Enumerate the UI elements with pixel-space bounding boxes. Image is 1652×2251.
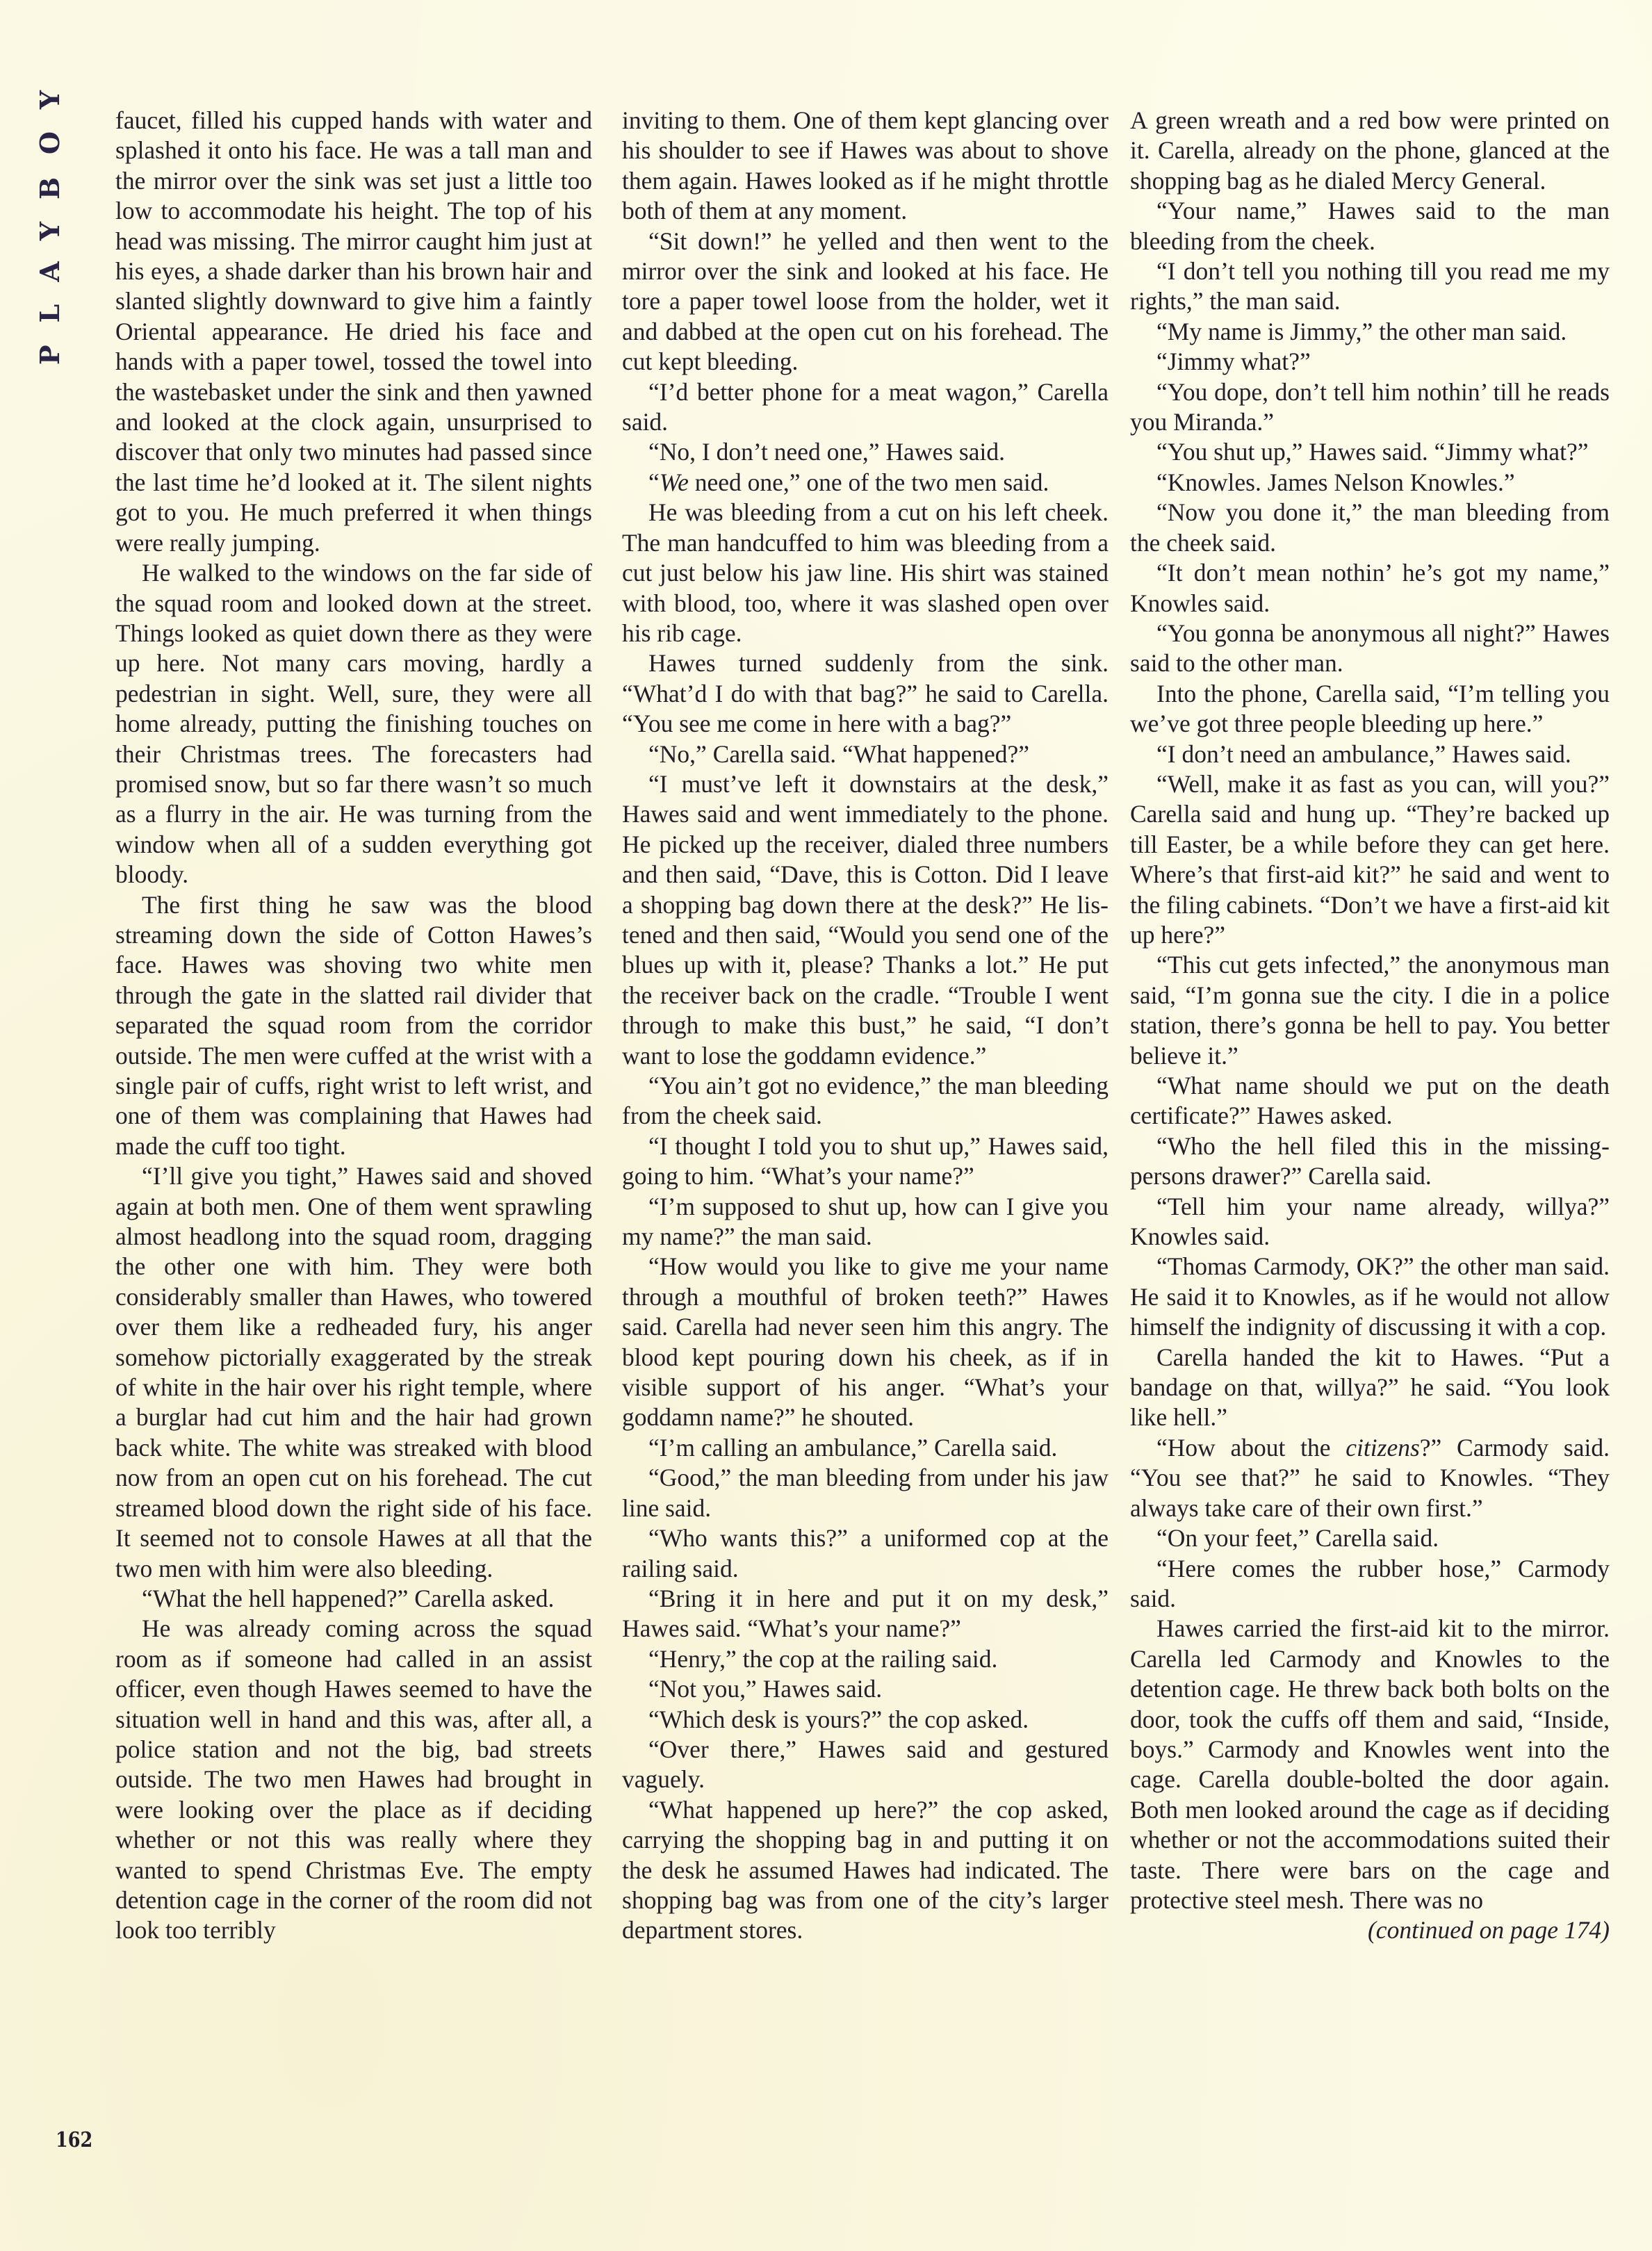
paragraph: “You shut up,” Hawes said. “Jimmy what?” [1130,437,1610,467]
paragraph: “I’m calling an ambulance,” Carella said… [622,1433,1109,1463]
paragraph: “Thomas Carmody, OK?” the other man said… [1130,1252,1610,1342]
paragraph: “My name is Jimmy,” the other man said. [1130,317,1610,347]
paragraph: “Tell him your name already, willya?” Kn… [1130,1192,1610,1252]
paragraph: “Bring it in here and put it on my desk,… [622,1584,1109,1644]
paragraph: Into the phone, Carella said, “I’m tell­… [1130,679,1610,739]
paragraph: “This cut gets infected,” the anonymous … [1130,950,1610,1071]
text-column-1: faucet, filled his cupped hands with wat… [115,106,592,1946]
paragraph: “No,” Carella said. “What happened?” [622,739,1109,769]
paragraph: “Good,” the man bleeding from under his … [622,1463,1109,1523]
paragraph: “Well, make it as fast as you can, will … [1130,769,1610,950]
italic-emphasis: We [660,468,689,496]
text-column-2: inviting to them. One of them kept glanc… [622,106,1109,1946]
paragraph: “Now you done it,” the man bleeding from… [1130,498,1610,558]
paragraph: “Knowles. James Nelson Knowles.” [1130,468,1610,498]
paragraph: Hawes turned suddenly from the sink. “Wh… [622,648,1109,739]
paragraph: “You gonna be anonymous all night?” Hawe… [1130,619,1610,679]
paragraph: “Sit down!” he yelled and then went to t… [622,227,1109,377]
paragraph: “I don’t need an ambulance,” Hawes said. [1130,739,1610,769]
paragraph: Carella handed the kit to Hawes. “Put a … [1130,1343,1610,1433]
paragraph: “Your name,” Hawes said to the man bleed… [1130,196,1610,256]
paragraph: “No, I don’t need one,” Hawes said. [622,437,1109,467]
paragraph: “Jimmy what?” [1130,347,1610,377]
paragraph: “Not you,” Hawes said. [622,1674,1109,1704]
paragraph: “I thought I told you to shut up,” Hawes… [622,1131,1109,1192]
page-number: 162 [56,2128,92,2152]
paragraph: “You ain’t got no evidence,” the man ble… [622,1071,1109,1131]
paragraph: “On your feet,” Carella said. [1130,1523,1610,1553]
paragraph: A green wreath and a red bow were printe… [1130,106,1610,196]
paragraph: “We need one,” one of the two men said. [622,468,1109,498]
text-column-3: A green wreath and a red bow were printe… [1130,106,1610,1946]
paragraph: “Which desk is yours?” the cop asked. [622,1705,1109,1735]
paragraph: “What the hell happened?” Carella asked. [115,1584,592,1614]
paragraph: “I must’ve left it downstairs at the des… [622,769,1109,1071]
paragraph: faucet, filled his cupped hands with wat… [115,106,592,558]
paragraph: “Who the hell filed this in the missing-… [1130,1131,1610,1192]
paragraph: “What happened up here?” the cop asked, … [622,1795,1109,1946]
paragraph: “Who wants this?” a uniformed cop at the… [622,1523,1109,1584]
paragraph: The first thing he saw was the blood str… [115,890,592,1162]
paragraph: “You dope, don’t tell him nothin’ till h… [1130,377,1610,438]
masthead-sidebar: PLAYBOY [28,115,69,365]
italic-emphasis: citizens [1346,1434,1419,1462]
masthead-text: PLAYBOY [36,68,64,365]
paragraph: He walked to the windows on the far side… [115,558,592,890]
magazine-page: PLAYBOY faucet, filled his cupped hands … [0,0,1652,2251]
paragraph: He was already coming across the squad r… [115,1614,592,1945]
paragraph: “How about the citizens?” Carmody said. … [1130,1433,1610,1523]
paragraph: “Over there,” Hawes said and gestured va… [622,1735,1109,1795]
paragraph: “I’d better phone for a meat wagon,” Car… [622,377,1109,438]
paragraph: inviting to them. One of them kept glanc… [622,106,1109,227]
paragraph: “Here comes the rubber hose,” Carmody sa… [1130,1554,1610,1614]
paragraph: “I’m supposed to shut up, how can I give… [622,1192,1109,1252]
paragraph: “Henry,” the cop at the railing said. [622,1644,1109,1674]
paragraph: He was bleeding from a cut on his left c… [622,498,1109,648]
continued-notice: (continued on page 174) [1130,1915,1610,1945]
paragraph: Hawes carried the first-aid kit to the m… [1130,1614,1610,1915]
paragraph: “It don’t mean nothin’ he’s got my name,… [1130,558,1610,619]
paragraph: “What name should we put on the death ce… [1130,1071,1610,1131]
paragraph: “I’ll give you tight,” Hawes said and sh… [115,1161,592,1584]
paragraph: “I don’t tell you nothing till you read … [1130,256,1610,317]
paragraph: “How would you like to give me your name… [622,1252,1109,1432]
